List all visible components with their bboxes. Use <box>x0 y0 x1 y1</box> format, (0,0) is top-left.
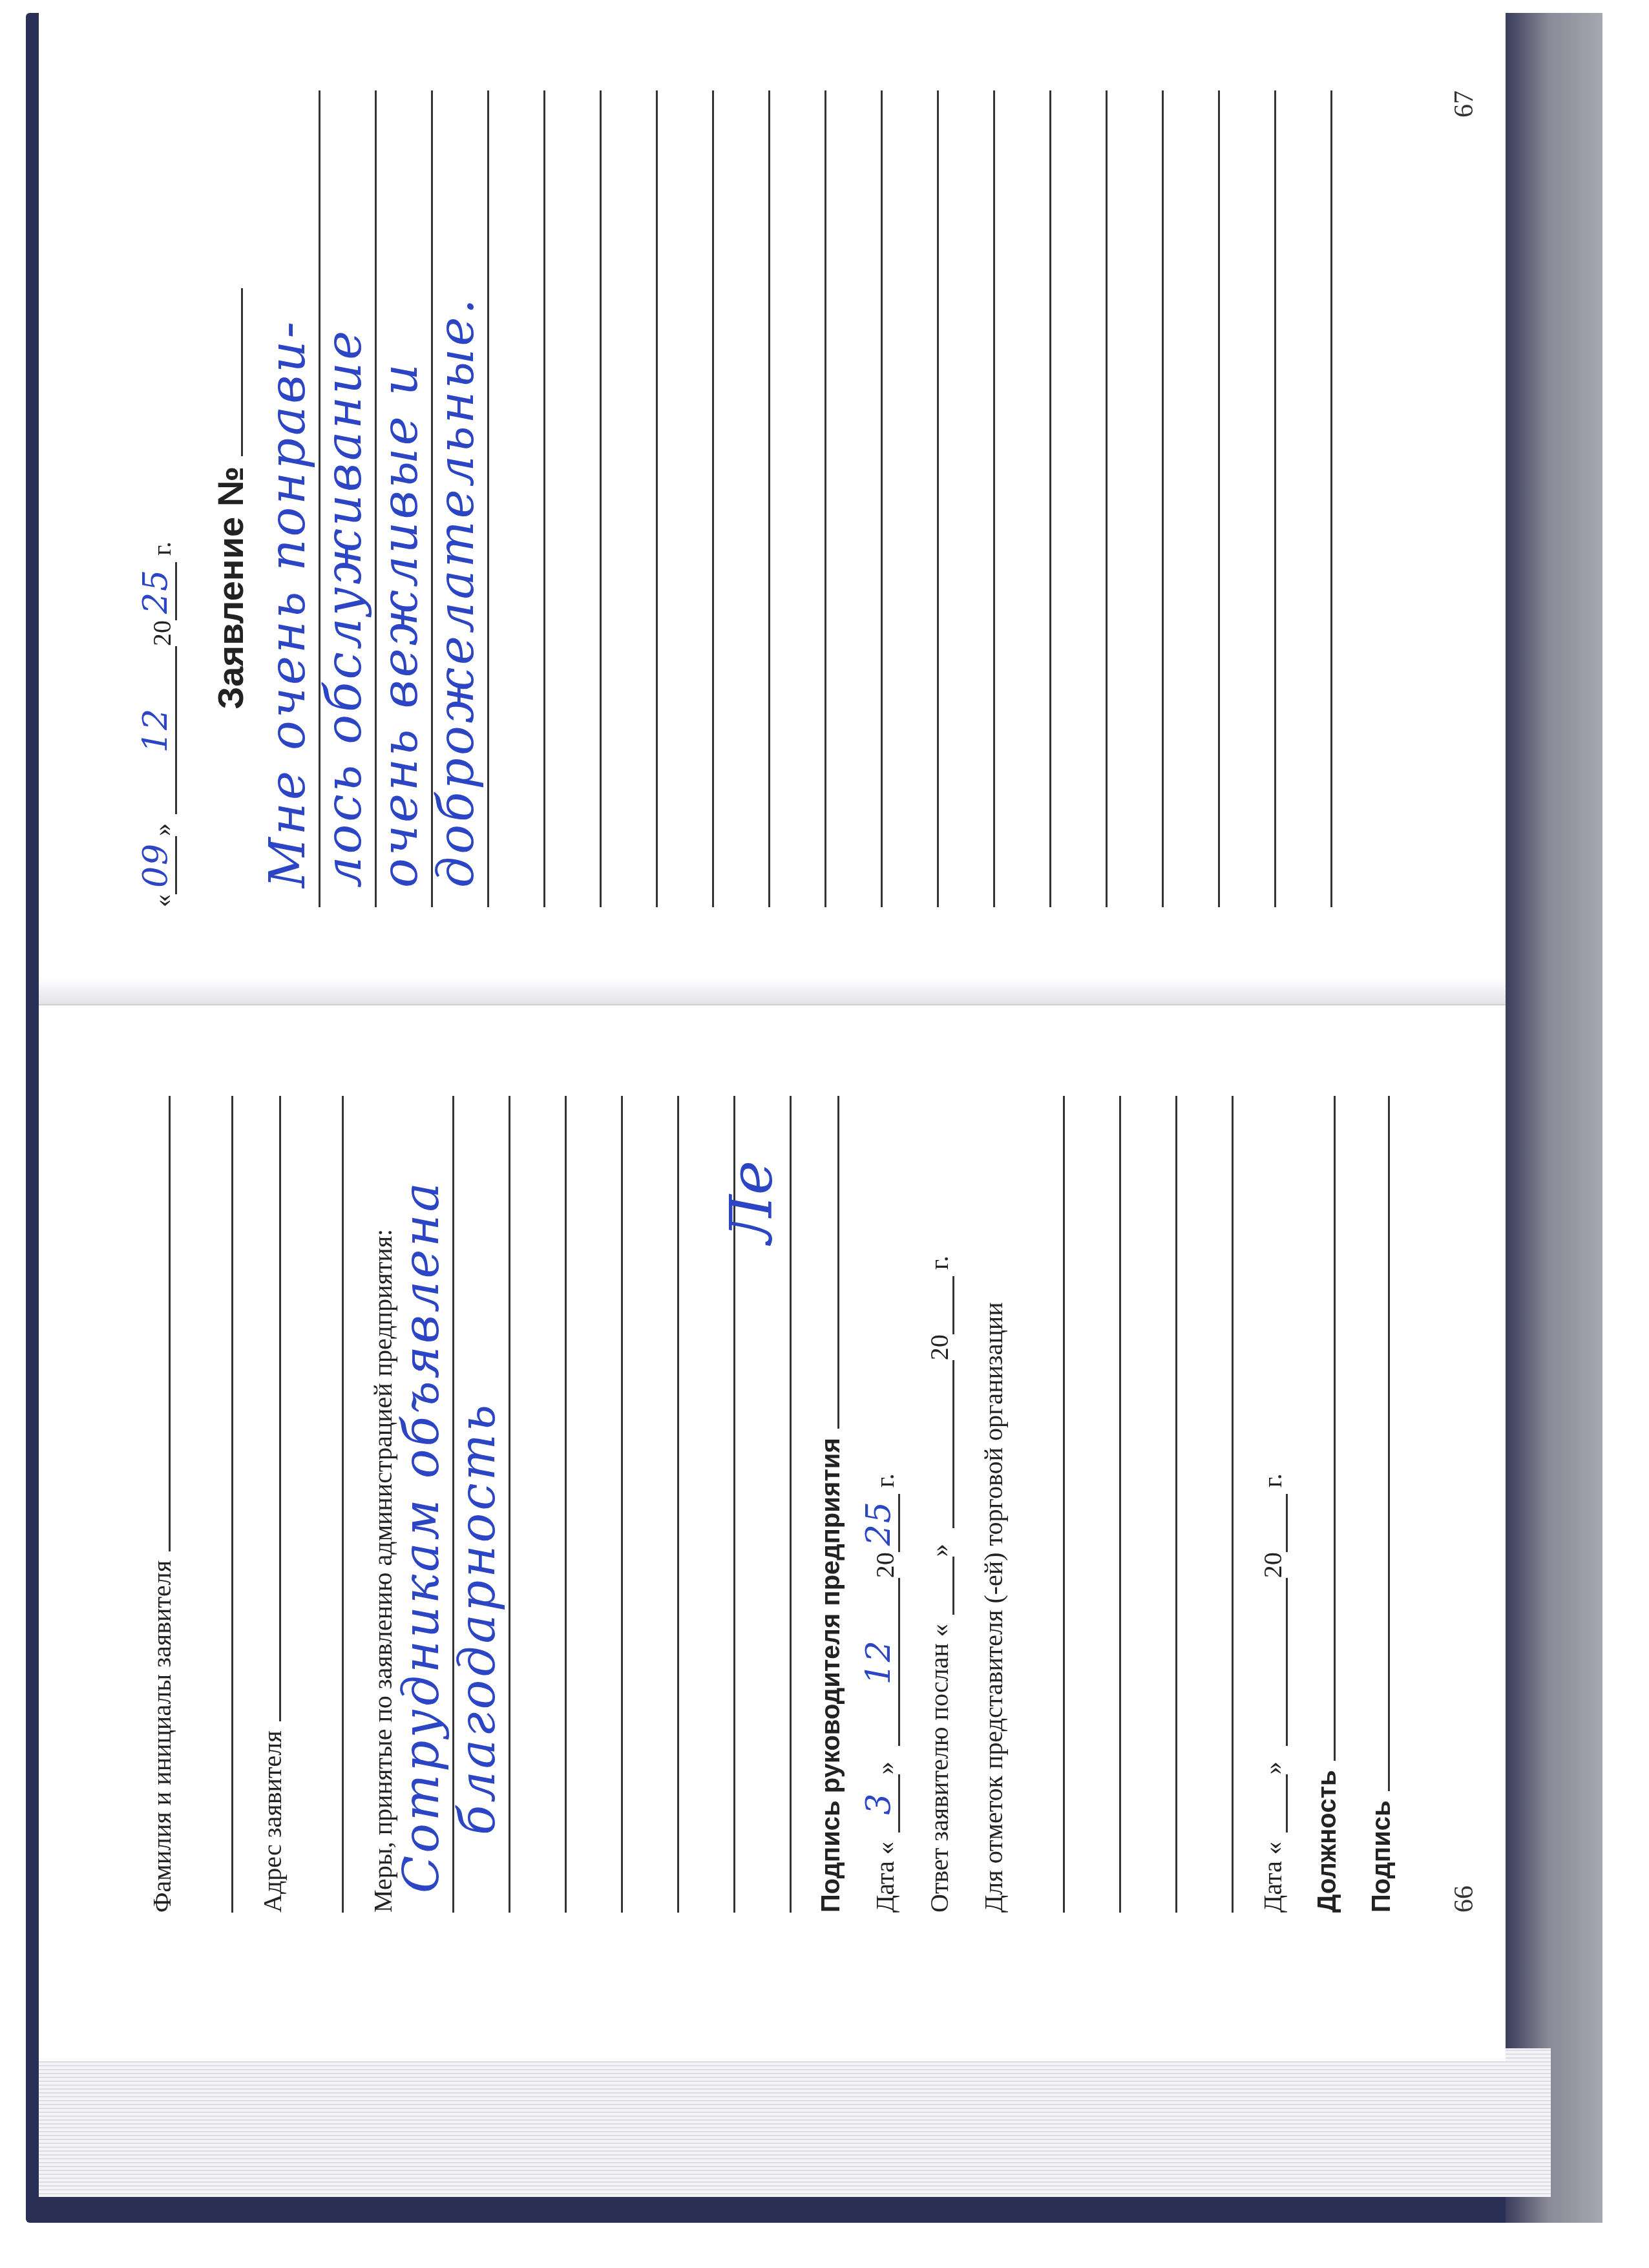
manager-date-suffix: г. <box>870 1464 900 1494</box>
manager-signature-handwritten: Ле <box>718 1160 786 1243</box>
measures-line-1[interactable]: Сотрудникам объявлена <box>398 1096 454 1913</box>
bottom-date-year-prefix: 20 <box>1257 1552 1288 1578</box>
statement-line-8[interactable] <box>658 90 714 907</box>
applicant-name-field[interactable] <box>169 1096 171 1551</box>
bottom-date-day[interactable] <box>1286 1774 1288 1832</box>
statement-handwritten-line-1: Мне очень понрави- <box>258 319 316 888</box>
statement-line-16[interactable] <box>1108 90 1164 907</box>
reply-sent-row: Ответ заявителю послан « » 20 г. <box>900 1096 954 1913</box>
applicant-address-row: Адрес заявителя <box>233 1096 288 1913</box>
position-row: Должность <box>1288 1096 1342 1913</box>
statement-line-2[interactable]: лось обслуживание <box>320 90 377 907</box>
reply-sent-day[interactable] <box>952 1557 954 1615</box>
page-number-right: 67 <box>1449 90 1480 118</box>
reply-sent-year-prefix: 20 <box>924 1334 954 1360</box>
manager-date-row: Дата « 3 » 12 20 25 г. <box>846 1096 900 1913</box>
statement-line-1[interactable]: Мне очень понрави- <box>264 90 320 907</box>
manager-date-day[interactable]: 3 <box>859 1774 900 1832</box>
signature-field[interactable] <box>1388 1096 1390 1791</box>
manager-signature-row: Подпись руководителя предприятия <box>792 1096 846 1913</box>
representative-notes-line-4[interactable] <box>1177 1096 1234 1913</box>
statement-line-3[interactable]: очень вежливые и <box>377 90 433 907</box>
statement-handwritten-line-3: очень вежливые и <box>371 361 428 888</box>
right-page: « 09 » 12 20 25 г. Заявление № Мне очень… <box>39 0 1506 1004</box>
statement-title: Заявление № <box>209 90 251 907</box>
statement-date-row: « 09 » 12 20 25 г. <box>123 90 177 907</box>
signature-label: Подпись <box>1367 1791 1396 1913</box>
statement-line-9[interactable] <box>714 90 770 907</box>
manager-date-year-prefix: 20 <box>870 1552 900 1578</box>
statement-date-day[interactable]: 09 <box>136 836 177 894</box>
reply-sent-suffix: г. <box>924 1246 954 1276</box>
bottom-date-year[interactable] <box>1286 1494 1288 1552</box>
statement-line-5[interactable] <box>489 90 545 907</box>
representative-notes-line-3[interactable] <box>1121 1096 1177 1913</box>
statement-date-year-prefix: 20 <box>147 620 177 646</box>
bottom-date-label: Дата « <box>1257 1832 1288 1913</box>
statement-number-field[interactable] <box>241 288 243 456</box>
applicant-address-field[interactable] <box>279 1096 281 1721</box>
bottom-date-row: Дата « » 20 г. <box>1234 1096 1288 1913</box>
signature-row: Подпись <box>1342 1096 1396 1913</box>
statement-line-14[interactable] <box>995 90 1051 907</box>
statement-line-15[interactable] <box>1051 90 1108 907</box>
statement-line-18[interactable] <box>1220 90 1276 907</box>
applicant-address-line-2[interactable] <box>288 1096 344 1913</box>
bottom-date-month[interactable] <box>1286 1578 1288 1746</box>
representative-notes-row: Для отметок представителя (-ей) торговой… <box>954 1096 1009 1913</box>
applicant-name-row: Фамилия и инициалы заявителя <box>123 1096 177 1913</box>
statement-date-year[interactable]: 25 <box>136 562 177 620</box>
applicant-name-label: Фамилия и инициалы заявителя <box>147 1551 177 1913</box>
applicant-address-label: Адрес заявителя <box>257 1721 288 1913</box>
applicant-name-line-2[interactable] <box>177 1096 233 1913</box>
bottom-date-suffix: г. <box>1257 1464 1288 1494</box>
manager-signature-field[interactable] <box>837 1096 839 1429</box>
measures-line-5[interactable] <box>623 1096 679 1913</box>
statement-line-6[interactable] <box>545 90 602 907</box>
representative-notes-line-1[interactable] <box>1009 1096 1065 1913</box>
statement-line-7[interactable] <box>602 90 658 907</box>
statement-line-17[interactable] <box>1164 90 1220 907</box>
statement-date-close-quote: » <box>147 814 177 836</box>
statement-handwritten-line-4: доброжелательные. <box>427 296 485 888</box>
statement-line-13[interactable] <box>939 90 995 907</box>
page-number-left: 66 <box>1449 1885 1480 1913</box>
statement-line-10[interactable] <box>770 90 826 907</box>
left-page: Фамилия и инициалы заявителя Адрес заяви… <box>39 1004 1506 2061</box>
manager-date-label: Дата « <box>870 1832 900 1913</box>
measures-line-2[interactable]: благодарность <box>454 1096 510 1913</box>
statement-line-11[interactable] <box>826 90 883 907</box>
book-spread: Фамилия и инициалы заявителя Адрес заяви… <box>39 0 1506 2061</box>
statement-line-12[interactable] <box>883 90 939 907</box>
measures-line-7[interactable]: Ле <box>735 1096 792 1913</box>
manager-date-month[interactable]: 12 <box>859 1578 900 1746</box>
position-label: Должность <box>1313 1761 1342 1913</box>
reply-sent-label: Ответ заявителю послан « <box>924 1615 954 1913</box>
position-field[interactable] <box>1334 1096 1336 1761</box>
statement-date-open-quote: « <box>147 894 177 907</box>
measures-handwritten-line-2: благодарность <box>448 1402 506 1835</box>
reply-sent-month[interactable] <box>952 1360 954 1528</box>
statement-handwritten-line-2: лось обслуживание <box>315 328 372 888</box>
manager-signature-label: Подпись руководителя предприятия <box>817 1429 846 1913</box>
book-spine-edge <box>1506 13 1602 2223</box>
statement-date-suffix: г. <box>147 532 177 562</box>
measures-line-4[interactable] <box>567 1096 623 1913</box>
reply-sent-year[interactable] <box>952 1276 954 1334</box>
statement-line-19[interactable] <box>1276 90 1332 907</box>
measures-line-3[interactable] <box>510 1096 567 1913</box>
representative-notes-line-2[interactable] <box>1065 1096 1121 1913</box>
statement-line-4[interactable]: доброжелательные. <box>433 90 489 907</box>
statement-date-month[interactable]: 12 <box>136 646 177 814</box>
page-stack-edge <box>39 2048 1551 2197</box>
manager-date-year[interactable]: 25 <box>859 1494 900 1552</box>
representative-notes-label: Для отметок представителя (-ей) торговой… <box>978 1293 1009 1913</box>
measures-handwritten-line-1: Сотрудникам объявлена <box>392 1180 450 1893</box>
measures-label-row: Меры, принятые по заявлению администраци… <box>344 1096 398 1913</box>
